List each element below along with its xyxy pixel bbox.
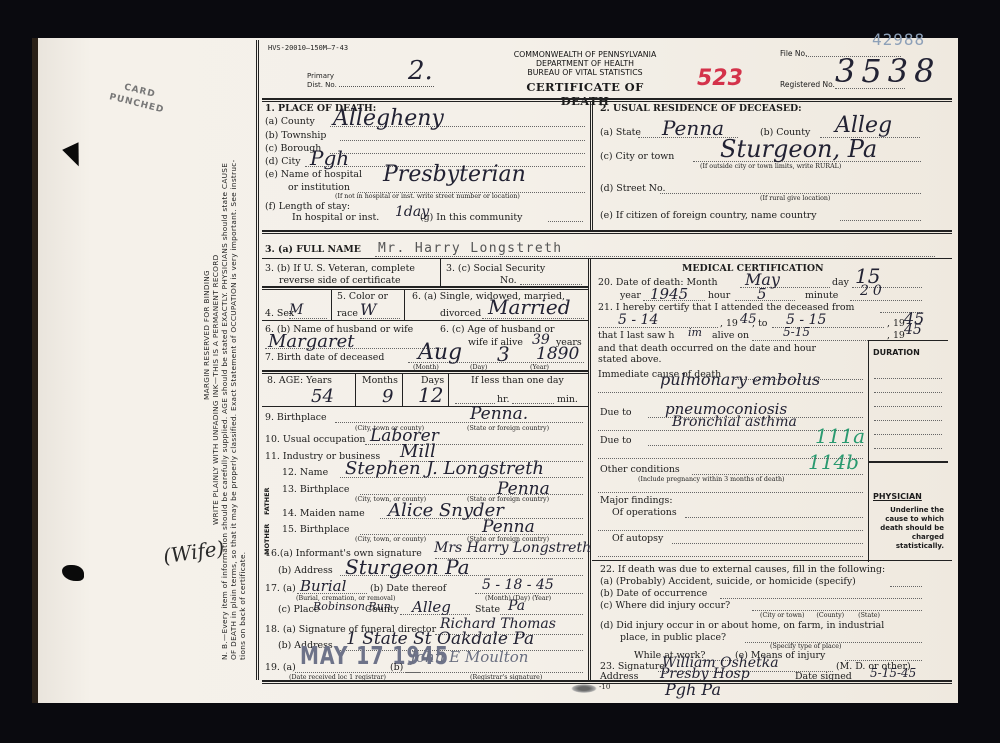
physician-label: PHYSICIAN [873,492,922,501]
death-hour-value: 5 [757,285,767,303]
line [598,530,863,531]
file-number-stamp: 42988 [872,30,925,49]
res-city-note: (If outside city or town limits, write R… [700,163,841,170]
column-divider [588,258,591,680]
line [685,517,863,518]
registrar-signature-value: John E Moulton [410,648,528,666]
burial-label: 17. (a) [265,583,296,594]
rule [262,286,588,290]
hospital-label: (e) Name of hospital [265,169,362,180]
birth-month-value: Aug [418,340,462,365]
external-d-label: (d) Did injury occur in or about home, o… [600,620,884,631]
line [874,420,942,421]
hospital-value: Presbyterian [383,162,526,187]
instruction-line: tions on back of certificate. [238,552,247,660]
birth-date-label: 7. Birth date of deceased [265,352,384,363]
section-divider [590,102,593,230]
ssn-value-line [520,284,582,285]
rule [262,406,588,407]
birthplace-note2: (State or foreign country) [467,425,549,432]
paper-edge [32,38,38,703]
father-name-label: 12. Name [282,467,328,478]
full-name-label: 3. (a) FULL NAME [265,244,361,255]
county-label: (a) County [265,116,315,127]
instruction-line: N. B.—Every item of information should b… [220,163,229,660]
autopsy-label: Of autopsy [612,533,663,544]
divider [404,290,405,320]
rule [262,370,588,374]
coder-mark-2: 114b [808,450,859,474]
minute-label: minute [805,290,838,301]
age-years-value: 54 [311,386,334,407]
line [840,220,921,221]
res-state-value: Penna [662,116,724,140]
line [874,378,942,379]
burial-county-value: Alleg [412,598,451,616]
mother-birthplace-note1: (City, town, or county) [355,536,426,543]
birthplace-value: Penna. [470,404,528,424]
header-rule [262,98,952,102]
burial-date-value: 5 - 18 - 45 [482,577,554,593]
line [360,318,400,319]
occurred-label: and that death occurred on the date and … [598,343,816,354]
external-c-note: (City or town) (County) (State) [760,612,880,619]
stay-hospital-label: In hospital or inst. [292,212,379,223]
hour-label: hour [708,290,730,301]
header-line: DEPARTMENT OF HEALTH [500,59,670,68]
form-number: HVS-20010—150M—7-43 [268,44,348,52]
line [874,434,942,435]
year-label: year [620,290,641,301]
line [482,318,584,319]
physician-address-value2: Pgh Pa [665,680,721,699]
line [874,406,942,407]
line [289,318,327,319]
institution-label: or institution [288,182,350,193]
line [752,340,884,341]
usual-residence-heading: 2. USUAL RESIDENCE OF DECEASED: [600,103,802,114]
race-value: W [360,300,376,319]
spouse-age-label2: wife if alive [468,337,523,348]
burial-state-value: Pa [508,598,525,614]
rule [592,560,952,561]
birth-year-value: 1890 [536,344,579,364]
last-saw-label: that I last saw h [598,330,674,341]
mother-birthplace-label: 15. Birthplace [282,524,349,535]
burial-state-label: State [475,604,500,615]
line [752,610,922,611]
line [340,140,585,141]
external-d-note: (Specify type of place) [770,643,841,650]
age-less-label: If less than one day [471,375,564,386]
alive-on-label: alive on [712,330,749,341]
due-to-label-1: Due to [600,407,632,418]
header-line: COMMONWEALTH OF PENNSYLVANIA [500,50,670,59]
informant-signature-value: Mrs Harry Longstreth [434,540,591,556]
date-signed-value: 5-15-45 [870,666,916,680]
ssn-label: 3. (c) Social Security [446,263,545,274]
line [598,392,863,393]
line [405,672,583,673]
line [598,458,863,459]
burial-date-label: (b) Date thereof [370,583,446,594]
line [375,256,935,257]
external-d-label2: place, in public place? [620,632,726,643]
res-street-label: (d) Street No. [600,183,665,194]
line [475,593,583,594]
to-label: , to [752,318,767,329]
duration-label: DURATION [873,348,920,357]
registered-no-label: Registered No. [780,80,835,89]
line [598,492,863,493]
agency-header: COMMONWEALTH OF PENNSYLVANIA DEPARTMENT … [500,50,670,77]
occurred-label2: stated above. [598,354,662,365]
death-minute-value: 20 [860,283,886,299]
divider [355,374,356,406]
rule [868,461,948,463]
last-saw-pronoun: im [688,326,702,339]
immediate-cause-value: pulmonary embolus [660,370,820,389]
mother-birthplace-value: Penna [482,517,535,537]
line [500,614,583,615]
major-findings-label: Major findings: [600,495,673,506]
father-side-label: FATHER [263,487,271,515]
line [672,543,863,544]
age-months-label: Months [362,375,398,386]
registrar-b-label: (b) [390,662,403,673]
full-name-value: Mr. Harry Longstreth [378,241,563,256]
file-no-label: File No. [780,49,807,58]
attend-to-year-prefix: , 19 [887,318,905,329]
death-city-value: Pgh [310,146,349,170]
red-number: 523 [697,66,743,91]
age-days-value: 12 [418,383,443,407]
stay-community-label: (g) In this community [420,212,522,223]
line [548,221,583,222]
line [720,598,922,599]
dots [339,86,434,87]
registered-no-value: 3538 [835,52,940,90]
res-city-value: Sturgeon, Pa [720,135,877,163]
last-saw-year: 45 [904,322,922,338]
coder-mark-1: 111a [815,424,865,448]
union-label-number: -10 [599,683,610,691]
ssn-no-label: No. [500,275,517,286]
header-line: BUREAU OF VITAL STATISTICS [500,68,670,77]
birthplace-label: 9. Birthplace [265,412,327,423]
line [297,593,367,594]
registrar-a-label: 19. (a) [265,662,296,673]
other-conditions-label: Other conditions [600,464,680,475]
other-conditions-note: (Include pregnancy within 3 months of de… [638,476,785,483]
stay-label: (f) Length of stay: [265,201,350,212]
township-label: (b) Township [265,130,326,141]
city-label: (d) City [265,156,301,167]
marital-value: Married [488,295,571,319]
section-rule [262,230,952,234]
line [874,392,942,393]
line [335,422,583,423]
informant-address-label: (b) Address [278,565,333,576]
union-label-icon [571,684,597,693]
dist-no-label: Dist. No. [307,81,337,89]
death-county-value: Allegheny [333,106,444,131]
sex-value: M [289,302,303,318]
divider [331,290,332,320]
external-b-label: (b) Date of occurrence [600,588,707,599]
race-label: race [337,308,358,319]
line [874,448,942,449]
birth-day-value: 3 [497,342,510,366]
rule [262,320,588,321]
line [890,586,922,587]
age-months-value: 9 [382,386,393,407]
external-a-label: (a) (Probably) Accident, suicide, or hom… [600,576,856,587]
instruction-line: OF DEATH in plain terms, so that it may … [229,159,238,660]
father-birthplace-label: 13. Birthplace [282,484,349,495]
burial-county-label: County [365,604,399,615]
divorced-label: divorced [440,308,481,319]
res-city-label: (c) City or town [600,151,674,162]
last-saw-date: 5-15 [783,325,810,339]
divider [448,374,449,406]
operations-label: Of operations [612,507,677,518]
attend-from-year-prefix: , 19 [720,318,738,329]
age-min-label: min. [557,394,578,405]
primary-dist-value: 2. [408,56,433,86]
external-heading: 22. If death was due to external causes,… [600,564,885,575]
line [360,534,583,535]
informant-address-value: Sturgeon Pa [345,555,470,579]
divider [402,374,403,406]
line [692,474,863,475]
mother-maiden-label: 14. Maiden name [282,508,365,519]
due-to-label-2: Due to [600,435,632,446]
physician-note: Underline the cause to which death shoul… [872,506,944,551]
margin-reserved-text: MARGIN RESERVED FOR BINDING [202,270,211,400]
left-border [256,40,259,680]
line [660,193,921,194]
write-plainly-text: WRITE PLAINLY WITH UNFADING INK—THIS IS … [211,254,220,525]
line [598,556,863,557]
veteran-label2: reverse side of certificate [279,275,401,286]
veteran-label: 3. (b) If U. S. Veteran, complete [265,263,415,274]
res-state-label: (a) State [600,127,641,138]
occupation-label: 10. Usual occupation [265,434,365,445]
divider [440,258,441,286]
age-years-label: 8. AGE: Years [267,375,332,386]
death-year-value: 1945 [650,285,688,303]
due-to-value-1b: Bronchial asthma [672,414,797,430]
rule [262,258,952,259]
day-label: day [832,277,849,288]
res-street-note: (If rural give location) [760,195,830,202]
line [850,300,922,301]
line [330,153,585,154]
hospital-note: (If not in hospital or inst. write stree… [335,193,520,200]
external-c-label: (c) Where did injury occur? [600,600,730,611]
attend-from-value: 5 - 14 [618,312,658,328]
res-foreign-label: (e) If citizen of foreign country, name … [600,210,817,221]
father-name-value: Stephen J. Longstreth [345,458,544,479]
